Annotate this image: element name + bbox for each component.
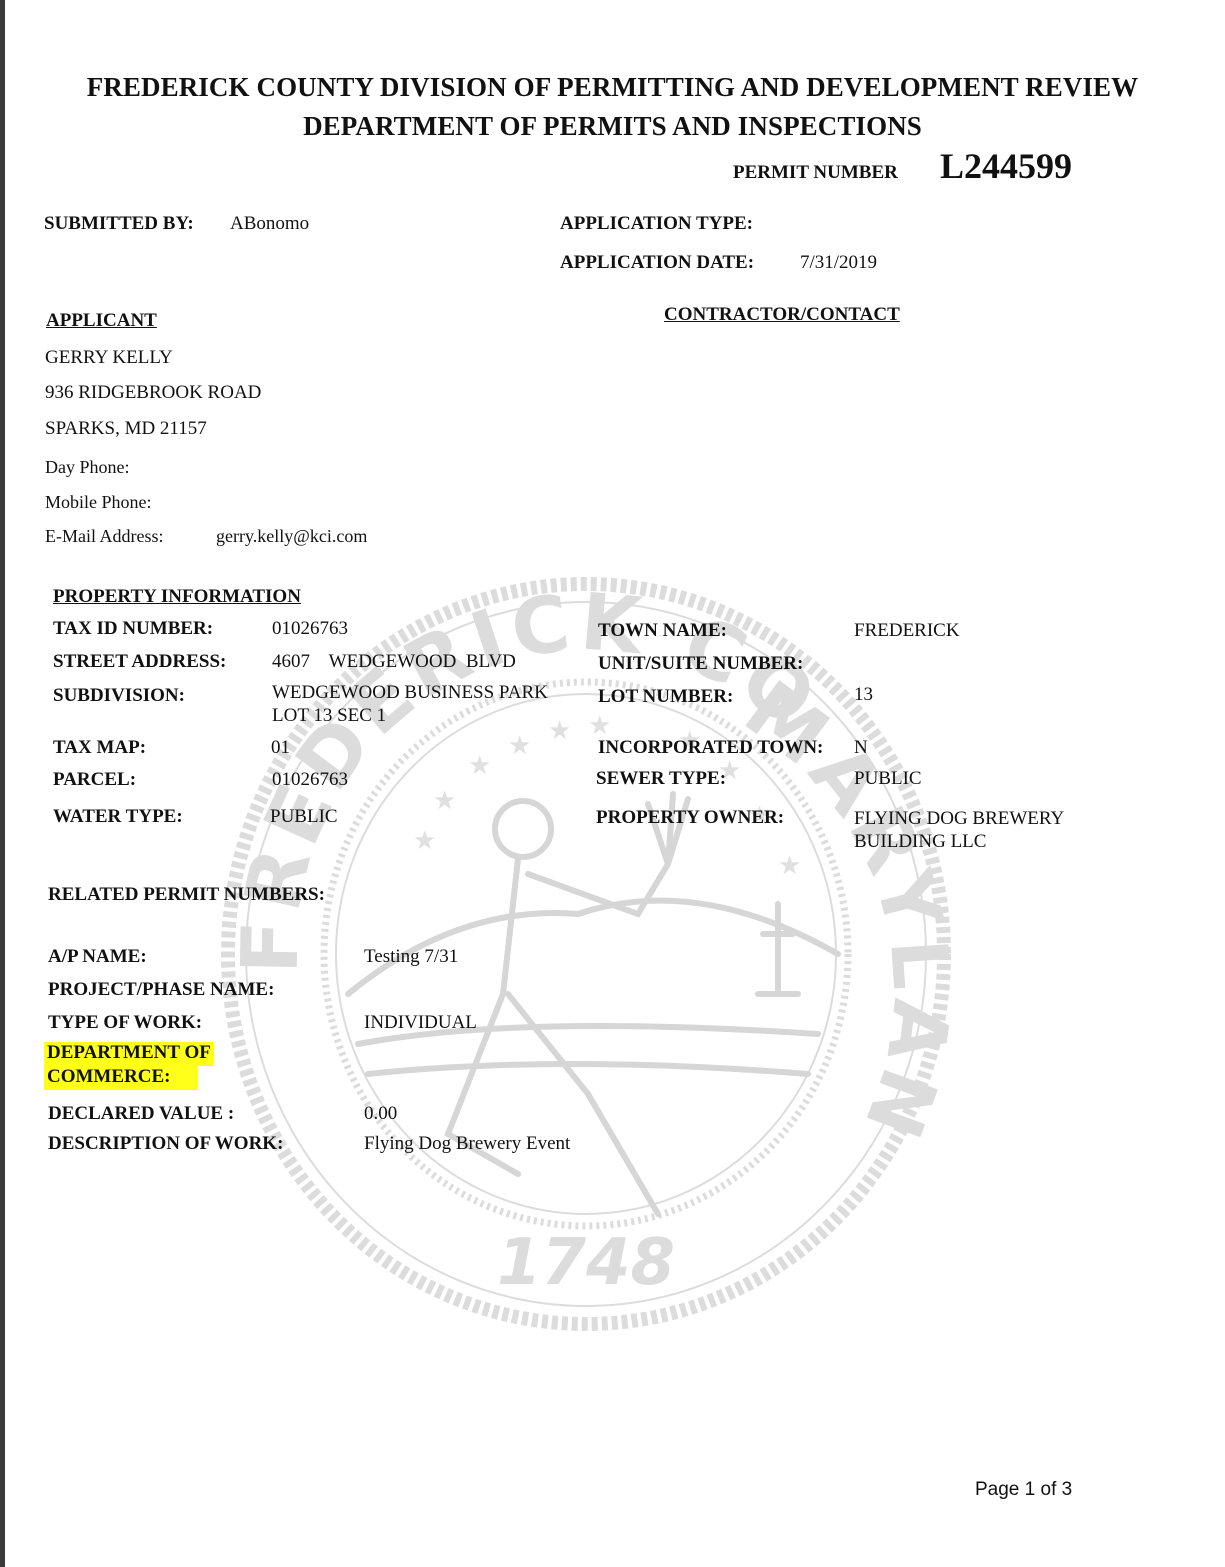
svg-text:★: ★ (413, 826, 436, 855)
dept-commerce-label: DEPARTMENT OF COMMERCE: (44, 1042, 214, 1090)
svg-text:★: ★ (508, 731, 531, 760)
applicant-heading: APPLICANT (46, 310, 157, 332)
document-subtitle: DEPARTMENT OF PERMITS AND INSPECTIONS (0, 111, 1225, 142)
tax-map-label: TAX MAP: (53, 737, 146, 759)
lot-number-value: 13 (854, 684, 873, 706)
town-name-value: FREDERICK (854, 620, 960, 642)
contractor-heading: CONTRACTOR/CONTACT (664, 304, 900, 326)
street-address-label: STREET ADDRESS: (53, 651, 226, 673)
incorporated-town-value: N (854, 737, 868, 759)
sewer-type-value: PUBLIC (854, 768, 922, 790)
project-phase-label: PROJECT/PHASE NAME: (48, 979, 274, 1001)
incorporated-town-label: INCORPORATED TOWN: (598, 737, 823, 759)
description-value: Flying Dog Brewery Event (364, 1133, 570, 1155)
email-value: gerry.kelly@kci.com (216, 526, 367, 547)
subdivision-value-line1: WEDGEWOOD BUSINESS PARK (272, 682, 548, 704)
property-owner-value-line1: FLYING DOG BREWERY (854, 808, 1064, 830)
page-indicator: Page 1 of 3 (975, 1479, 1072, 1501)
svg-text:★: ★ (548, 716, 571, 745)
unit-suite-label: UNIT/SUITE NUMBER: (598, 653, 803, 675)
street-address-value: 4607 WEDGEWOOD BLVD (272, 651, 516, 673)
dept-commerce-label-line2: COMMERCE: (44, 1066, 198, 1090)
sewer-type-label: SEWER TYPE: (596, 768, 726, 790)
applicant-address-line1: 936 RIDGEBROOK ROAD (45, 382, 261, 404)
property-owner-label: PROPERTY OWNER: (596, 807, 784, 829)
submitted-by-value: ABonomo (230, 213, 309, 235)
subdivision-label: SUBDIVISION: (53, 685, 185, 707)
application-date-value: 7/31/2019 (800, 252, 877, 274)
tax-map-value: 01 (271, 737, 290, 759)
mobile-phone-label: Mobile Phone: (45, 492, 152, 513)
submitted-by-label: SUBMITTED BY: (44, 213, 194, 235)
document-title: FREDERICK COUNTY DIVISION OF PERMITTING … (0, 72, 1225, 103)
svg-text:★: ★ (588, 711, 611, 740)
viewer-left-edge (0, 0, 5, 1567)
subdivision-value-line2: LOT 13 SEC 1 (272, 705, 386, 727)
applicant-address-line2: SPARKS, MD 21157 (45, 418, 207, 440)
lot-number-label: LOT NUMBER: (598, 686, 733, 708)
tax-id-value: 01026763 (272, 618, 348, 640)
type-of-work-value: INDIVIDUAL (364, 1012, 477, 1034)
svg-text:★: ★ (468, 751, 491, 780)
email-label: E-Mail Address: (45, 526, 164, 547)
application-type-label: APPLICATION TYPE: (560, 213, 753, 235)
applicant-name: GERRY KELLY (45, 347, 173, 369)
dept-commerce-label-line1: DEPARTMENT OF (44, 1042, 214, 1066)
svg-text:★: ★ (778, 851, 801, 880)
water-type-value: PUBLIC (270, 806, 338, 828)
property-owner-value-line2: BUILDING LLC (854, 831, 986, 853)
application-date-label: APPLICATION DATE: (560, 252, 754, 274)
town-name-label: TOWN NAME: (598, 620, 727, 642)
description-label: DESCRIPTION OF WORK: (48, 1133, 283, 1155)
svg-text:★: ★ (433, 786, 456, 815)
declared-value-label: DECLARED VALUE : (48, 1103, 234, 1125)
day-phone-label: Day Phone: (45, 457, 130, 478)
type-of-work-label: TYPE OF WORK: (48, 1012, 202, 1034)
ap-name-label: A/P NAME: (48, 946, 147, 968)
related-permits-label: RELATED PERMIT NUMBERS: (48, 884, 325, 906)
declared-value: 0.00 (364, 1103, 397, 1125)
ap-name-value: Testing 7/31 (364, 946, 458, 968)
tax-id-label: TAX ID NUMBER: (53, 618, 213, 640)
property-heading: PROPERTY INFORMATION (53, 586, 301, 608)
permit-number-label: PERMIT NUMBER (733, 162, 898, 184)
permit-number: L244599 (940, 145, 1072, 187)
water-type-label: WATER TYPE: (53, 806, 183, 828)
seal-year: 1748 (497, 1226, 675, 1300)
parcel-value: 01026763 (272, 769, 348, 791)
parcel-label: PARCEL: (53, 769, 136, 791)
